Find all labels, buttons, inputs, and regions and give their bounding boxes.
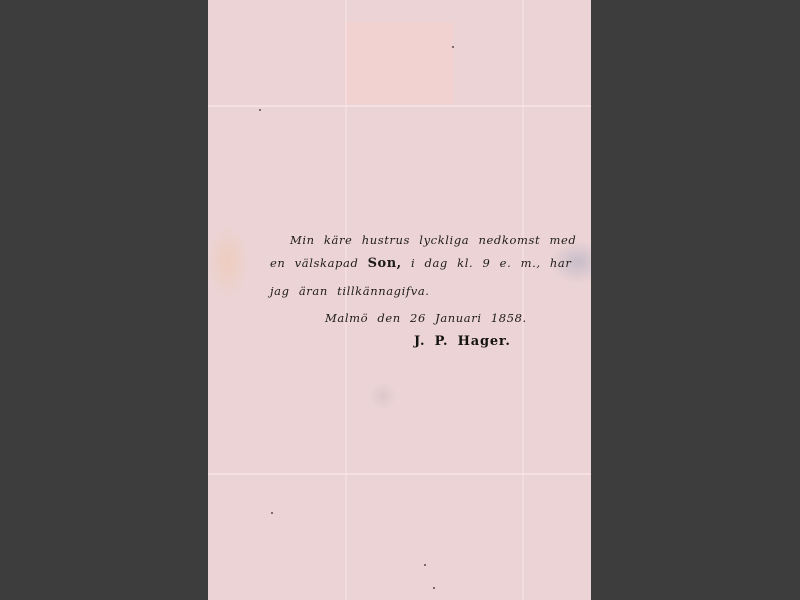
announcement-line-1: Min käre hustrus lyckliga nedkomst med xyxy=(290,233,576,247)
paper-speck xyxy=(424,564,426,566)
paper-speck xyxy=(452,46,454,48)
line-2-prefix: en välskapad xyxy=(270,256,368,270)
paper-speck xyxy=(271,512,273,514)
line-2-suffix: i dag kl. 9 e. m., har xyxy=(402,256,572,270)
faded-patch xyxy=(345,22,453,104)
fold-line-top xyxy=(208,105,591,107)
son-emphasis: Son, xyxy=(368,256,402,271)
signature: J. P. Hager. xyxy=(414,334,511,349)
paper-speck xyxy=(259,109,261,111)
fold-line-bottom xyxy=(208,473,591,475)
announcement-line-3: jag äran tillkännagifva. xyxy=(270,284,430,298)
fold-line-left xyxy=(345,0,347,600)
announcement-line-2: en välskapad Son, i dag kl. 9 e. m., har xyxy=(270,256,571,271)
paper-speck xyxy=(433,587,435,589)
place-date: Malmö den 26 Januari 1858. xyxy=(325,311,527,325)
announcement-paper: Min käre hustrus lyckliga nedkomst med e… xyxy=(208,0,591,600)
fold-line-right xyxy=(522,0,524,600)
